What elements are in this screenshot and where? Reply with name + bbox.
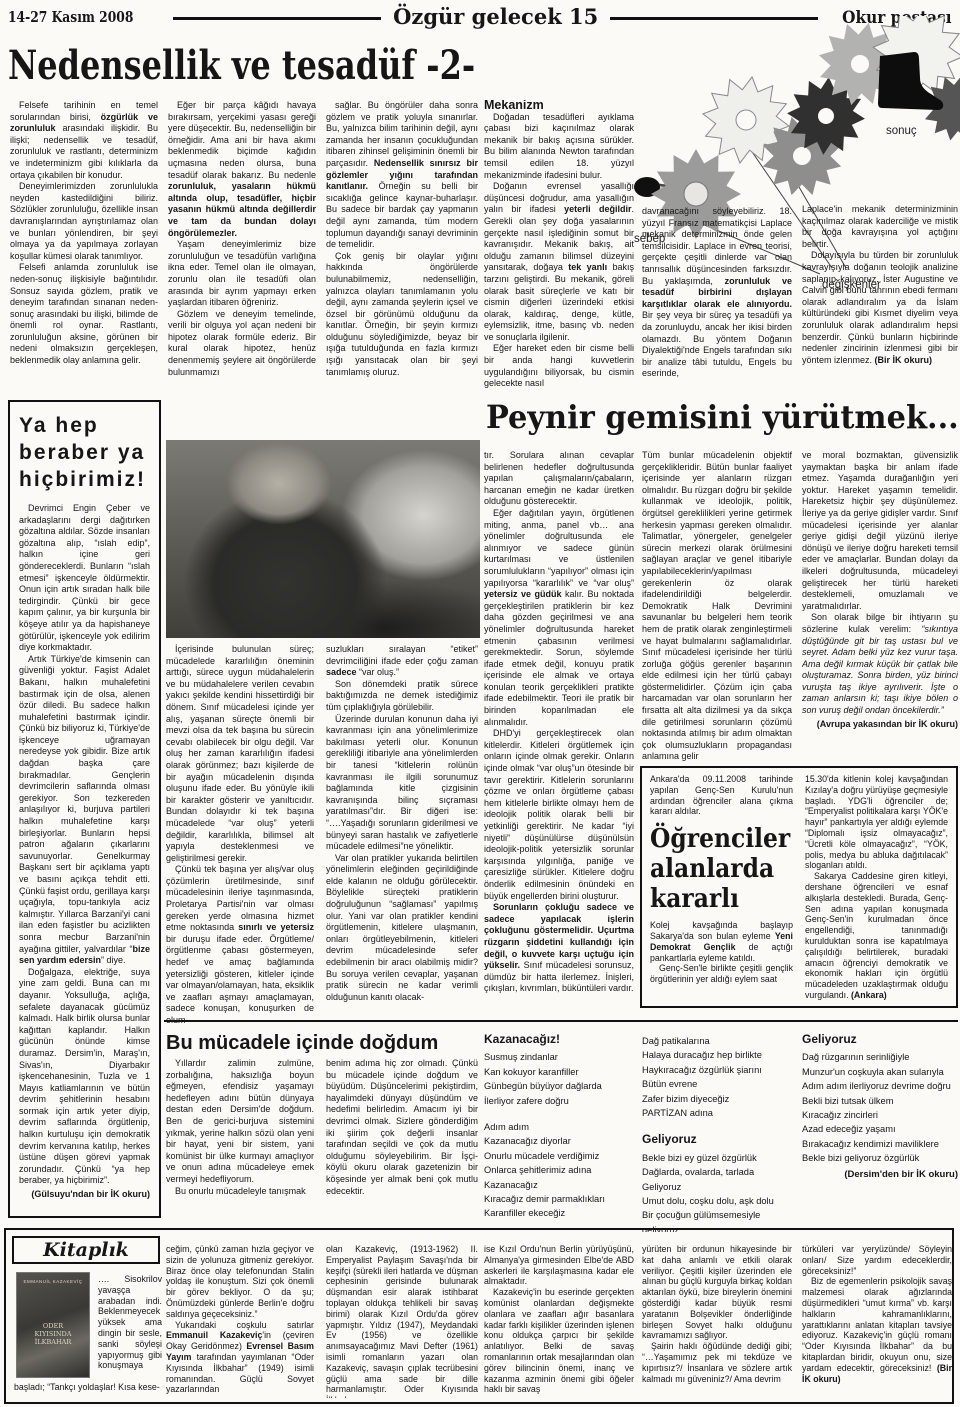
paragraph: Tüm bunlar mücadelenin objektif gerçekli… [642,450,792,762]
poem-column-1: Kazanacağız! Susmuş zindanlar Kan kokuyo… [484,1032,634,1232]
paragraph: tır. Sorulara alınan cevaplar belirlenen… [484,450,634,508]
paragraph: Yukarıdaki coşkulu satırlar Emmanuil Kaz… [166,1320,314,1396]
article-column-1: Felsefe tarihinin en temel sorularından … [10,100,158,400]
news-box-ogrenciler: Ankara'da 09.11.2008 tarihinde yapılan G… [640,766,958,1008]
paragraph: Sorunların çokluğu sadece ve sadece yapı… [484,902,634,995]
review-column-6: türküleri var yeryüzünde/ Söyleyin onlar… [802,1244,952,1398]
letter-headline-mucadele: Bu mücadele içinde doğdum [166,1032,478,1055]
paragraph: başladı; “Tankçı yoldaşlar! Kısa kese- [14,1382,162,1393]
masthead-rule-left [173,17,381,20]
paragraph: Son dönemdeki pratik sürece baktığımızda… [326,679,478,714]
paragraph: Laplace'in mekanik determinizminin kaçın… [802,204,958,250]
paragraph: yürüten bir ordunun hikayesinde bir kat … [642,1244,792,1341]
news-box-right-column: 15.30'da kitlenin kolej kavşağından Kızı… [805,774,948,1000]
paragraph: Gözlem ve deneyim temelinde, verili bir … [168,309,316,379]
poem-stanza: Adım adım Kazanacağız diyorlar Onurlu mü… [484,1120,634,1221]
paragraph: Bu onurlu mücadeleyle tanışmak [166,1186,314,1198]
paragraph: Felsefe tarihinin en temel sorularından … [10,100,158,181]
paragraph: suzlukları sıralayan “etiket” devrimcili… [326,644,478,679]
gear-hub [818,108,834,124]
horizontal-rule [164,1020,958,1022]
poem-stanza: Susmuş zindanlar Kan kokuyor karanfiller… [484,1050,634,1108]
article-column-under-photo-2: suzlukları sıralayan “etiket” devrimcili… [326,644,478,1034]
paragraph: ve moral bozmaktan, güvensizlik yaymakta… [802,450,958,612]
book-review-section: Kitaplık EMMANUİL KAZAKEVİÇ ODER KIYISIN… [4,1228,954,1404]
paragraph: Son olarak bilge bir ihtiyarın şu sözler… [802,612,958,716]
paragraph: Yıllardır zalimin zulmüne, zorbalığına, … [166,1058,314,1186]
article-column-under-photo-1: İçerisinde bulunulan süreç; mücadelede k… [166,644,314,1034]
poem-title: Geliyoruz [642,1132,792,1146]
paragraph: Kolej kavşağında başlayıp Sakarya'da son… [650,920,793,963]
paragraph: türküleri var yeryüzünde/ Söyleyin onlar… [802,1244,952,1276]
poem-stanza: Bekle bizi ey güzel özgürlük Dağlarda, o… [642,1151,792,1232]
gear-hub [736,110,756,130]
paragraph: Doğanın evrensel yasallığı düşüncesi doğ… [484,181,634,343]
review-narrow-column: …. Sisokrilov yavaşça arabadan indi. Bek… [98,1274,162,1380]
article-column-6: Laplace'in mekanik determinizminin kaçın… [802,204,958,426]
paragraph: Eğer bir parça kâğıdı havaya bırakırsam,… [168,100,316,239]
poem-title: Kazanacağız! [484,1032,634,1046]
paragraph: Kazakeviç'in bu eserinde gerçekten komün… [484,1287,634,1395]
letter-signature: (Gülsuyu'ndan bir İK okuru) [19,1189,150,1201]
diagram-label-sonuc: sonuç [886,125,917,137]
newspaper-page: 14-27 Kasım 2008 Özgür gelecek 15 Okur p… [0,0,960,1407]
paragraph: Genç-Sen'le birlikte çeşitli gençlik örg… [650,963,793,985]
paragraph: Doğalgaza, elektriğe, suya yine zam geld… [19,967,150,1187]
paragraph: Felsefi anlamda zorunluluk ise neden-son… [10,262,158,366]
book-cover-image: EMMANUİL KAZAKEVİÇ ODER KIYISINDA İLKBAH… [16,1272,90,1378]
paragraph: Devrimci Engin Çeber ve arkadaşlarını de… [19,503,150,654]
paragraph: …. Sisokrilov yavaşça arabadan indi. Bek… [98,1274,162,1371]
article-column-4: Mekanizm Doğadan tesadüfleri ayıklama ça… [484,100,634,402]
section-header-kitaplik: Kitaplık [12,1236,160,1264]
paragraph: 15.30'da kitlenin kolej kavşağından Kızı… [805,774,948,871]
letter-column-2: benim adıma hiç zor olmadı. Çünkü bu müc… [326,1058,478,1214]
poem-stanza: Dağ rüzgarının serinliğiyle Munzur'un co… [802,1050,958,1165]
paragraph: Eğer hareket eden bir cisme belli bir an… [484,343,634,389]
paragraph: Yaşam deneyimlerimiz bize zorunluluğun v… [168,239,316,309]
paragraph: Doğadan tesadüfleri ayıklama çabası bizi… [484,112,634,182]
article-headline-nedensellik: Nedensellik ve tesadüf -2- [8,42,475,89]
paragraph: sağlar. Bu öngörüler daha sonra gözlem v… [326,100,478,251]
review-column-4: ise Kızıl Ordu'nun Berlin yürüyüşünü, Al… [484,1244,634,1398]
review-column-5: yürüten bir ordunun hikayesinde bir kat … [642,1244,792,1398]
paragraph: Eğer dağıtılan yayın, örgütlenen miting,… [484,508,634,728]
article-column-peynir-a: tır. Sorulara alınan cevaplar belirlenen… [484,450,634,1032]
poem-stanza: Dağ patikalarına Halaya duracağız hep bi… [642,1034,792,1120]
paragraph: ise Kızıl Ordu'nun Berlin yürüyüşünü, Al… [484,1244,634,1287]
news-headline-ogrenciler: Öğrenciler alanlarda kararlı [650,824,779,914]
letter-signature: (Avrupa yakasından bir İK okuru) [802,719,958,731]
paragraph: Çünkü tek başına yer alış/var oluş çözüm… [166,864,314,1026]
paragraph: DHD'yi gerçekleştirecek olan kitlelerdir… [484,728,634,902]
news-photo [166,440,480,638]
paragraph: Şairin haklı öğüdünde dediği gibi; “…Yaş… [642,1341,792,1384]
poem-column-2: Dağ patikalarına Halaya duracağız hep bi… [642,1034,792,1232]
paragraph: Biz de egemenlerin psikolojik savaş malz… [802,1276,952,1384]
paragraph: Artık Türkiye'de kimsenin can güvenliği … [19,654,150,967]
article-column-peynir-b: Tüm bunlar mücadelenin objektif gerçekli… [642,450,792,762]
paragraph: Var olan pratikler yukarıda belirtilen y… [326,853,478,1004]
review-column-3: olan Kazakeviç, (1913-1962) II. Emperyal… [326,1244,478,1398]
paragraph: ceğim, çünkü zaman hızla geçiyor ve sizi… [166,1244,314,1320]
paragraph: olan Kazakeviç, (1913-1962) II. Emperyal… [326,1244,478,1398]
book-author: EMMANUİL KAZAKEVİÇ [17,1279,89,1284]
poem-column-3: Geliyoruz Dağ rüzgarının serinliğiyle Mu… [802,1032,958,1232]
gear-hub [793,147,811,165]
letter-box-yahep: Ya hep beraber ya hiçbirimiz! Devrimci E… [8,400,161,1218]
gear-hub [851,55,869,73]
article-column-peynir-c: ve moral bozmaktan, güvensizlik yaymakta… [802,450,958,762]
poem-title: Geliyoruz [802,1032,958,1046]
paragraph: Üzerinde durulan konunun daha iyi kavran… [326,714,478,853]
article-column-2: Eğer bir parça kâğıdı havaya bırakırsam,… [168,100,316,400]
paragraph: İçerisinde bulunulan süreç; mücadelede k… [166,644,314,864]
article-column-5: davranacağını söyleyebiliriz. 18. yüzyıl… [642,206,792,378]
gear-hub [684,182,708,206]
paragraph: benim adıma hiç zor olmadı. Çünkü bu müc… [326,1058,478,1197]
newspaper-title: Özgür gelecek 15 [393,6,598,27]
paragraph: Deneyimlerimizden zorunlulukla neyden ka… [10,181,158,262]
article-column-3: sağlar. Bu öngörüler daha sonra gözlem v… [326,100,478,402]
news-box-left-column: Ankara'da 09.11.2008 tarihinde yapılan G… [650,774,793,1000]
news-intro: Ankara'da 09.11.2008 tarihinde yapılan G… [650,774,793,817]
review-narrow-tail: başladı; “Tankçı yoldaşlar! Kısa kese- [14,1382,162,1396]
article-headline-peynir: Peynir gemisini yürütmek... [486,398,959,436]
paragraph: Çok geniş bir olaylar yığını hakkında ön… [326,251,478,379]
paragraph: davranacağını söyleyebiliriz. 18. yüzyıl… [642,206,792,378]
paragraph: Dolayısıyla bu türden bir zorunluluk kav… [802,250,958,366]
letter-signature: (Dersim'den bir İK okuru) [802,1168,958,1182]
review-column-2: ceğim, çünkü zaman hızla geçiyor ve sizi… [166,1244,314,1398]
subheading-mekanizm: Mekanizm [484,100,634,112]
letter-column-1: Yıllardır zalimin zulmüne, zorbalığına, … [166,1058,314,1214]
letter-headline: Ya hep beraber ya hiçbirimiz! [19,412,150,493]
paragraph: Sakarya Caddesine giren kitleyi, dershan… [805,871,948,1000]
issue-date: 14-27 Kasım 2008 [8,8,133,26]
book-title: ODER KIYISINDA İLKBAHAR [17,1322,89,1346]
